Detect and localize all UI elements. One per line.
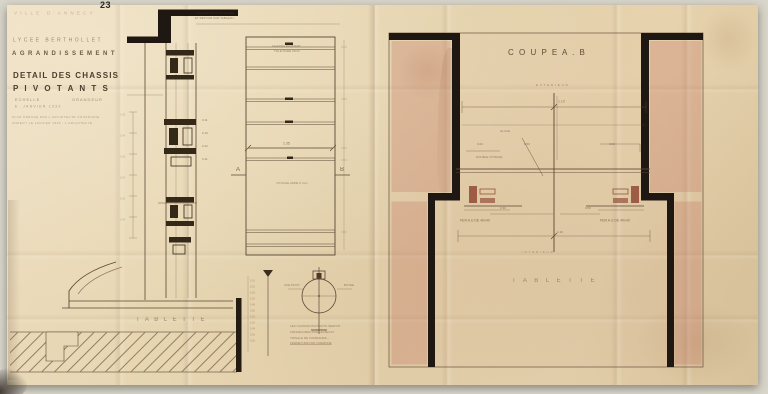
elevation-note-1: CHASSIS PIVOTANT xyxy=(272,45,301,48)
pivot-chain: 0.02 xyxy=(250,340,255,343)
drawing-linework xyxy=(0,0,768,394)
cut-marker-b: B xyxy=(340,167,344,173)
elevation-view xyxy=(231,37,350,255)
dim-bottom-center: 1.10 xyxy=(557,231,563,234)
dimension-chain-legend xyxy=(248,270,273,356)
architect-note-2: ANNECY LE JANVIER 1939 - L'ARCHITECTE xyxy=(12,122,93,125)
chain-dim: 0.04 xyxy=(120,135,125,138)
chain-dim: 0.05 xyxy=(120,198,125,201)
dim-inner-right: 0.50 xyxy=(585,207,591,210)
pivot-note-line: MANOEUVRES PAR LEVIER ET xyxy=(290,331,334,334)
left-vertical-section xyxy=(127,24,340,300)
plate-number: 23 xyxy=(100,1,111,10)
drawing-title-line2: P I V O T A N T S xyxy=(13,85,110,93)
drawing-title-line1: DETAIL DES CHASSIS xyxy=(13,72,119,80)
pivot-note-line: TRINGLE DE COMMANDE - xyxy=(290,337,329,340)
pivot-axis-label: AXE PIVOT xyxy=(284,284,300,287)
section-title: C O U P E A . B xyxy=(508,49,586,57)
dim-center: 0.50 xyxy=(524,143,530,146)
pivot-side-label: BUTEE xyxy=(344,284,354,287)
scale-value: GRANDEUR xyxy=(72,98,103,102)
elevation-note-2: TOLE PLIEE 15/10 xyxy=(274,50,299,53)
sill-label-left: T A B L E T T E xyxy=(136,317,207,323)
elevation-width-dim: 1.35 xyxy=(283,142,290,146)
commune-line: VILLE D'ANNECY xyxy=(14,11,96,16)
profile-dim: 0.12 xyxy=(202,145,208,148)
pivot-chain: 0.02 xyxy=(250,286,255,289)
sill-black-edge xyxy=(236,298,242,372)
section-profile-clusters xyxy=(164,50,196,254)
pivot-chain: 0.04 xyxy=(250,328,255,331)
pivot-chain: 0.02 xyxy=(250,322,255,325)
pivot-chain: 0.04 xyxy=(250,304,255,307)
section-linework xyxy=(456,93,650,252)
pivot-chain: 0.02 xyxy=(250,310,255,313)
project-line1: LYCEE BERTHOLLET xyxy=(13,38,103,43)
chain-dim: 0.05 xyxy=(120,114,125,117)
steel-label-left: FER A U DE 40x40 xyxy=(460,219,490,223)
dim-right: 0.04 xyxy=(609,143,615,146)
chain-dim: 0.04 xyxy=(120,177,125,180)
pivot-mechanism-detail xyxy=(288,267,352,334)
glass-label: GLACE xyxy=(500,130,510,133)
scale-label: ECHELLE xyxy=(15,98,40,102)
pivot-chain: 0.03 xyxy=(250,292,255,295)
profile-dim: 0.11 xyxy=(202,158,208,161)
architect-note-1: PLAN DRESSE PAR L'ARCHITECTE SOUSSIGNE xyxy=(12,116,100,119)
dim-inner-left: 0.30 xyxy=(500,207,506,210)
date-line: E. JANVIER 1939 xyxy=(15,105,62,109)
masonry-hatch xyxy=(10,333,237,372)
pivot-chain: 0.03 xyxy=(250,316,255,319)
exterior-label: E X T E R I E U R xyxy=(536,84,568,87)
steel-label-right: FER A U DE 40x40 xyxy=(600,219,630,223)
glazing-label: DOUBLE VITRAGE xyxy=(476,156,502,159)
profile-dim: 0.11 xyxy=(202,119,208,122)
pivot-chain: 0.02 xyxy=(250,298,255,301)
cut-marker-a: A xyxy=(236,167,240,173)
pivot-chain: 0.03 xyxy=(250,334,255,337)
pivot-note-line: FERMETURE PAR CREMONE xyxy=(290,342,332,345)
head-note-1: COUVRE JOINT TOLE 15/10 xyxy=(195,12,234,15)
dim-top-center: 1.10 xyxy=(558,100,565,104)
project-line2: AGRANDISSEMENT xyxy=(12,50,118,56)
chain-dim: 0.05 xyxy=(120,156,125,159)
dim-left: 0.04 xyxy=(477,143,483,146)
sill-label-right: T A B L E T T E xyxy=(512,278,598,284)
pivot-chain: 0.01 xyxy=(250,280,255,283)
elevation-panel-note: VITRAGE ARME 5 m/m xyxy=(276,182,308,185)
pivot-note-line: LES CHASSIS PIVOTANTS SERONT xyxy=(290,325,341,328)
interior-label: I N T E R I E U R xyxy=(522,251,553,254)
chain-dim: 0.04 xyxy=(120,219,125,222)
archival-drawing-photo: 23 VILLE D'ANNECY LYCEE BERTHOLLET AGRAN… xyxy=(0,0,768,394)
section-wall-pink-wash xyxy=(392,41,702,365)
head-note-2: ET RETOUR SUR TABLEAU xyxy=(195,17,234,20)
profile-dim: 0.10 xyxy=(202,132,208,135)
